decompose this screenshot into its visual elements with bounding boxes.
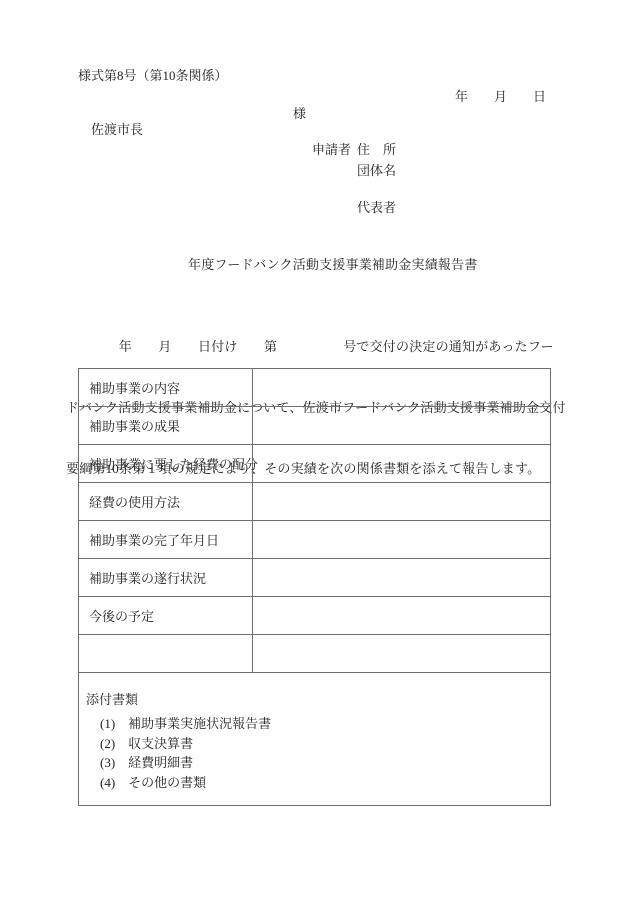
attachment-item: (3) 経費明細書 xyxy=(100,753,542,773)
form-number: 様式第8号（第10条関係） xyxy=(78,65,228,84)
addressee-line: 佐渡市長 様 xyxy=(78,103,143,170)
honorific: 様 xyxy=(293,103,306,122)
row-value-cell xyxy=(253,597,550,634)
row-value-cell xyxy=(253,521,550,558)
row-label: 補助事業の完了年月日 xyxy=(79,521,253,558)
row-label: 補助事業の内容 xyxy=(79,369,253,406)
row-value-cell xyxy=(253,635,550,672)
row-label: 経費の使用方法 xyxy=(79,483,253,520)
row-value-cell xyxy=(253,483,550,520)
row-value-cell xyxy=(253,559,550,596)
attachment-item: (4) その他の書類 xyxy=(100,773,542,793)
row-label: 補助事業の遂行状況 xyxy=(79,559,253,596)
row-value-cell xyxy=(253,407,550,444)
attachment-item: (2) 収支決算書 xyxy=(100,734,542,754)
address-label: 住 所 xyxy=(357,139,396,158)
table-row: 補助事業の完了年月日 xyxy=(79,521,550,559)
representative-label: 代表者 xyxy=(357,197,396,216)
row-value-cell xyxy=(253,369,550,406)
addressee: 佐渡市長 xyxy=(91,122,143,137)
date-placeholder: 年 月 日 xyxy=(455,86,546,105)
applicant-label: 申請者 xyxy=(312,139,351,158)
row-value-cell xyxy=(253,445,550,482)
table-row: 補助事業の遂行状況 xyxy=(79,559,550,597)
table-row: 補助事業に要した経費の配分 xyxy=(79,445,550,483)
table-row: 補助事業の内容 xyxy=(79,369,550,407)
document-title: 年度フードバンク活動支援事業補助金実績報告書 xyxy=(188,254,478,273)
row-label: 補助事業の成果 xyxy=(79,407,253,444)
row-label xyxy=(79,635,253,672)
row-label: 今後の予定 xyxy=(79,597,253,634)
body-line: 年 月 日付け 第 号で交付の決定の通知があったフー xyxy=(66,337,566,357)
table-row xyxy=(79,635,550,673)
report-table: 補助事業の内容 補助事業の成果 補助事業に要した経費の配分 経費の使用方法 補助… xyxy=(78,368,551,806)
table-row: 補助事業の成果 xyxy=(79,407,550,445)
attachments-heading: 添付書類 xyxy=(86,689,542,708)
row-label: 補助事業に要した経費の配分 xyxy=(79,445,253,482)
organization-label: 団体名 xyxy=(357,160,396,179)
attachments-section: 添付書類 (1) 補助事業実施状況報告書 (2) 収支決算書 (3) 経費明細書… xyxy=(79,673,550,792)
table-row: 経費の使用方法 xyxy=(79,483,550,521)
document-page: 様式第8号（第10条関係） 年 月 日 佐渡市長 様 申請者 住 所 団体名 代… xyxy=(0,0,630,903)
table-row: 今後の予定 xyxy=(79,597,550,635)
attachment-item: (1) 補助事業実施状況報告書 xyxy=(100,714,542,734)
